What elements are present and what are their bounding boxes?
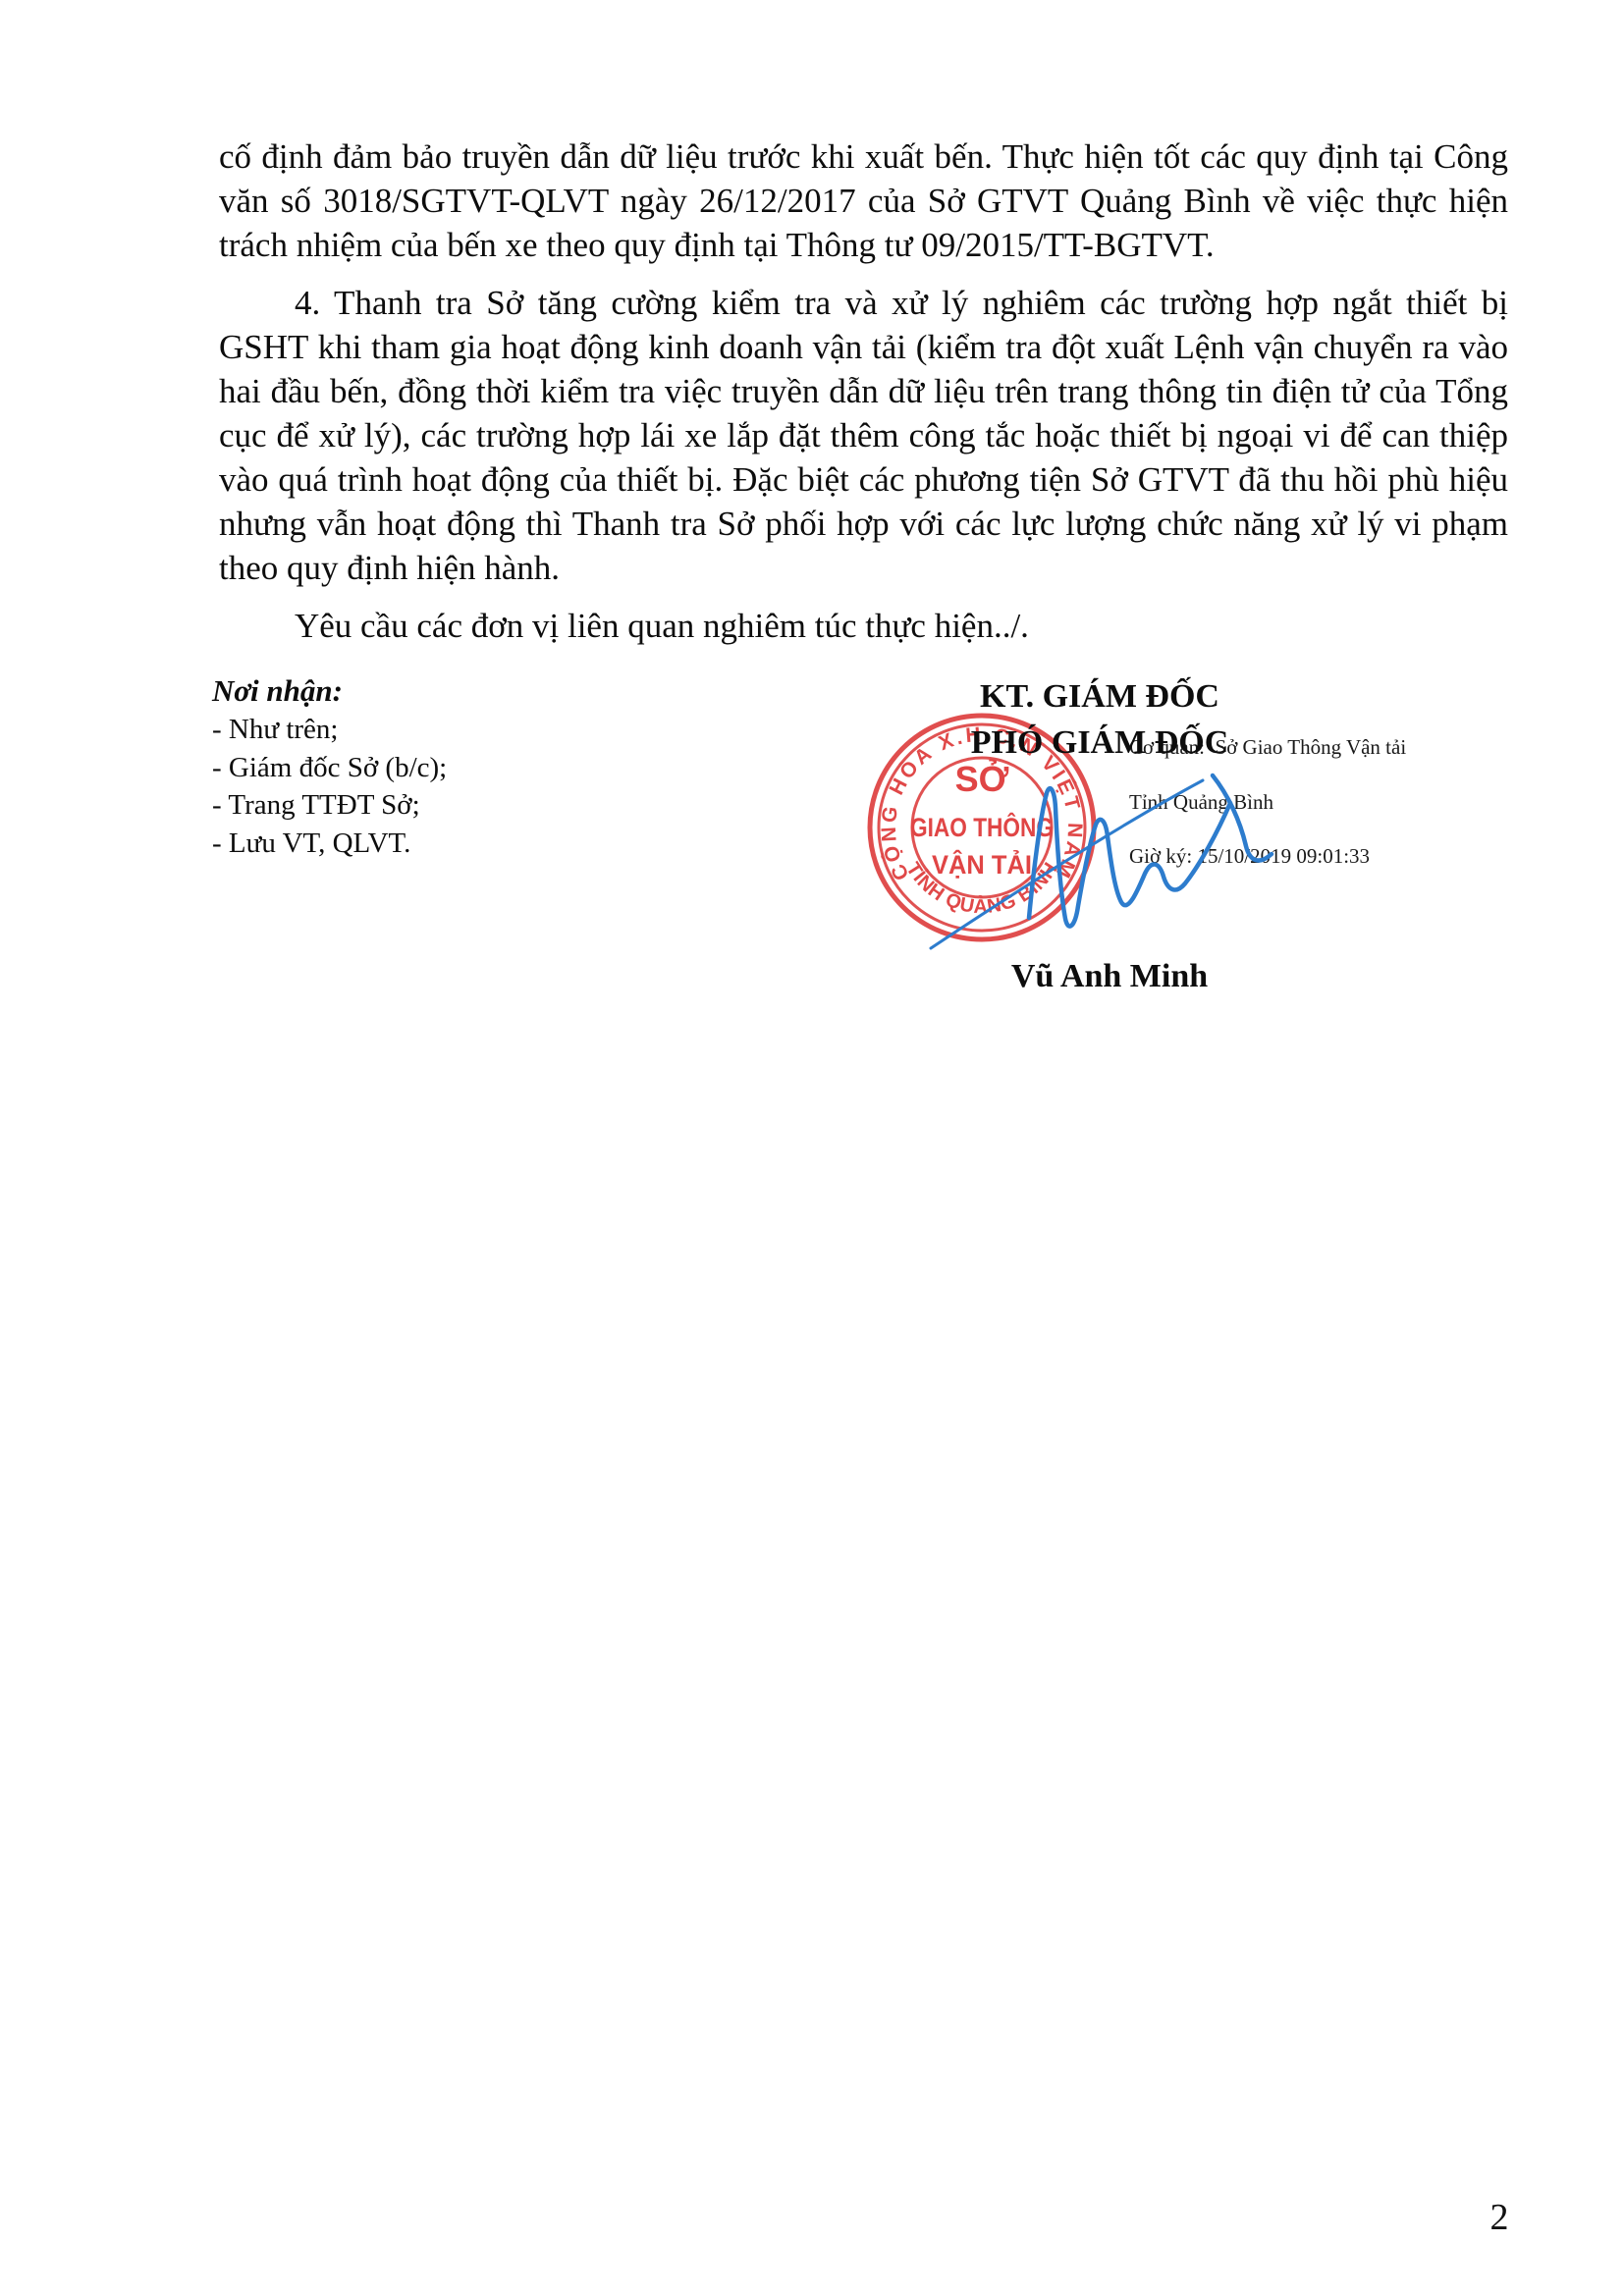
document-page: cố định đảm bảo truyền dẫn dữ liệu trước… [0, 0, 1624, 2296]
paragraph-closing: Yêu cầu các đơn vị liên quan nghiêm túc … [219, 604, 1508, 648]
recipients-heading: Nơi nhận: [212, 671, 447, 711]
signature-title-kt-giam-doc: KT. GIÁM ĐỐC [913, 673, 1286, 720]
recipients-block: Nơi nhận: - Như trên; - Giám đốc Sở (b/c… [212, 671, 447, 862]
signature-titles: KT. GIÁM ĐỐC PHÓ GIÁM ĐỐC [913, 673, 1286, 766]
paragraph-continuation: cố định đảm bảo truyền dẫn dữ liệu trước… [219, 134, 1508, 267]
recipient-item: - Như trên; [212, 711, 447, 749]
paragraph-item-4: 4. Thanh tra Sở tăng cường kiểm tra và x… [219, 281, 1508, 590]
signature-scrawl-stroke [1029, 788, 1230, 926]
signature-title-pho-giam-doc: PHÓ GIÁM ĐỐC [913, 720, 1286, 766]
body-text: cố định đảm bảo truyền dẫn dữ liệu trước… [219, 134, 1508, 648]
recipient-item: - Lưu VT, QLVT. [212, 825, 447, 863]
page-number: 2 [1478, 2197, 1521, 2238]
recipient-item: - Trang TTĐT Sở; [212, 786, 447, 825]
recipient-item: - Giám đốc Sở (b/c); [212, 749, 447, 787]
handwritten-signature [918, 764, 1291, 965]
